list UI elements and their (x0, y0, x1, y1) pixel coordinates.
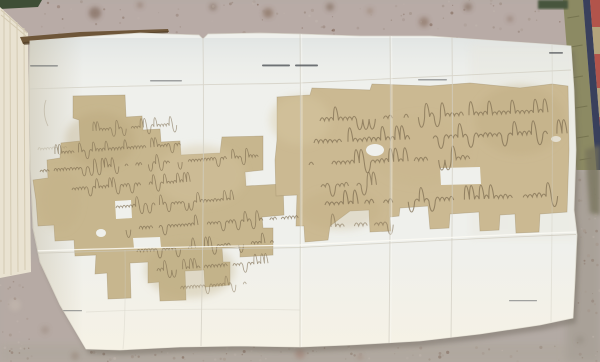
carpet-speckle (57, 5, 60, 8)
carpet-speckle (450, 12, 453, 15)
carpet-speckle (578, 302, 580, 304)
carpet-speckle (475, 24, 477, 26)
carpet-speckle (18, 284, 21, 287)
carpet-speckle (103, 8, 105, 10)
carpet-speckle (528, 18, 531, 21)
carpet-speckle (98, 30, 99, 31)
carpet-speckle (493, 5, 495, 7)
carpet-speckle (307, 352, 309, 354)
carpet-speckle (113, 357, 116, 360)
carpet-speckle (535, 11, 537, 13)
carpet-speckle (370, 14, 372, 16)
carpet-speckle (173, 357, 176, 360)
microprint-header-left (30, 65, 58, 67)
carpet-speckle (594, 303, 596, 305)
carpet-speckle (536, 20, 537, 21)
carpet-speckle (482, 352, 485, 355)
carpet-speckle (262, 19, 263, 20)
carpet-speckle (16, 320, 18, 322)
carpet-speckle (490, 3, 492, 5)
carpet-speckle (80, 0, 83, 3)
carpet-speckle (26, 318, 28, 320)
green-strip-top-right (538, 0, 568, 9)
carpet-speckle (14, 298, 15, 299)
carpet-speckle (412, 354, 414, 356)
carpet-speckle (595, 230, 598, 233)
carpet-speckle (283, 13, 284, 14)
carpet-speckle (234, 353, 237, 356)
carpet-speckle (20, 347, 22, 349)
carpet-speckle (452, 5, 453, 6)
carpet-speckle (578, 199, 581, 202)
carpet-speckle (499, 27, 502, 30)
carpet-speckle (592, 336, 594, 338)
carpet-speckle (226, 353, 227, 354)
photo-of-open-book-with-foldout-plate: Antique volume lying open on a patterned… (0, 0, 600, 362)
carpet-speckle (579, 353, 582, 356)
carpet-speckle (518, 31, 520, 33)
carpet-speckle (180, 26, 181, 27)
carpet-speckle (135, 355, 136, 356)
carpet-speckle (420, 21, 422, 23)
carpet-speckle (442, 354, 444, 356)
carpet-speckle (13, 281, 15, 283)
carpet-speckle (359, 353, 362, 356)
carpet-speckle (539, 346, 542, 349)
carpet-speckle (428, 358, 430, 360)
carpet-speckle (488, 348, 490, 350)
carpet-speckle (584, 260, 586, 262)
carpet-speckle (308, 15, 311, 18)
microprint-caption-left (150, 80, 182, 82)
carpet-speckle (332, 16, 333, 17)
carpet-speckle (302, 27, 304, 29)
carpet-speckle (446, 351, 449, 354)
carpet-speckle (501, 350, 503, 352)
carpet-speckle (7, 288, 9, 290)
carpet-speckle (203, 360, 205, 362)
carpet-speckle (559, 21, 561, 23)
carpet-speckle (193, 353, 194, 354)
carpet-speckle (588, 218, 590, 220)
carpet-speckle (31, 355, 33, 357)
carpet-speckle (584, 263, 586, 265)
carpet-speckle (437, 28, 438, 29)
carpet-speckle (304, 11, 306, 13)
carpet-speckle (581, 200, 583, 202)
carpet-speckle (21, 344, 22, 345)
carpet-speckle (591, 259, 594, 262)
carpet-speckle (24, 348, 26, 350)
carpet-speckle (582, 357, 584, 359)
carpet-speckle (577, 342, 579, 344)
carpet-speckle (178, 8, 180, 10)
carpet-speckle (62, 18, 64, 20)
book-page-block (0, 7, 31, 278)
carpet-speckle (269, 19, 270, 20)
carpet-speckle (276, 13, 278, 15)
carpet-speckle (311, 9, 314, 12)
carpet-speckle (242, 354, 244, 356)
carpet-speckle (18, 341, 20, 343)
carpet-speckle (28, 339, 29, 340)
carpet-speckle (554, 346, 556, 348)
carpet-speckle (176, 14, 179, 17)
carpet-speckle (184, 358, 186, 360)
carpet-speckle (357, 27, 360, 30)
carpet-speckle (223, 358, 226, 361)
carpet-speckle (231, 2, 233, 4)
carpet-speckle (443, 18, 444, 19)
carpet-speckle (109, 358, 112, 361)
carpet-speckle (212, 21, 213, 22)
carpet-speckle (596, 264, 599, 267)
carpet-speckle (119, 22, 121, 24)
carpet-speckle (350, 353, 353, 356)
carpet-speckle (120, 9, 121, 10)
carpet-speckle (592, 236, 594, 238)
carpet-speckle (265, 358, 267, 360)
carpet-speckle (229, 3, 232, 6)
carpet-speckle (131, 355, 134, 358)
carpet-speckle (419, 347, 422, 350)
carpet-speckle (138, 356, 140, 358)
carpet-speckle (591, 300, 594, 303)
carpet-speckle (402, 18, 405, 21)
carpet-speckle (595, 312, 597, 314)
carpet-speckle (406, 357, 409, 360)
carpet-speckle (11, 351, 14, 354)
carpet-speckle (493, 26, 495, 28)
carpet-speckle (596, 243, 599, 246)
carpet-speckle (409, 12, 412, 15)
carpet-speckle (587, 309, 590, 312)
carpet-speckle (250, 360, 251, 361)
carpet-speckle (516, 350, 518, 352)
carpet-speckle (154, 354, 156, 356)
carpet-speckle (368, 358, 370, 360)
carpet-speckle (595, 355, 596, 356)
carpet-speckle (122, 17, 124, 19)
carpet-speckle (19, 352, 21, 354)
carpet-speckle (430, 23, 433, 26)
carpet-speckle (394, 353, 395, 354)
carpet-speckle (28, 348, 29, 349)
carpet-speckle (176, 31, 178, 33)
carpet-speckle (442, 5, 445, 8)
carpet-speckle (493, 10, 495, 12)
carpet-speckle (499, 2, 502, 5)
carpet-speckle (9, 334, 12, 337)
carpet-speckle (395, 5, 397, 7)
carpet-speckle (558, 360, 559, 361)
carpet-speckle (137, 17, 140, 20)
carpet-speckle (257, 4, 259, 6)
carpet-speckle (597, 351, 598, 352)
carpet-speckle (592, 293, 593, 294)
carpet-speckle (41, 26, 43, 28)
carpet-speckle (315, 20, 318, 23)
carpet-speckle (27, 357, 29, 359)
carpet-speckle (220, 358, 222, 360)
carpet-speckle (223, 4, 225, 6)
carpet-speckle (439, 352, 442, 355)
carpet-speckle (4, 347, 7, 350)
carpet-speckle (18, 331, 20, 333)
carpet-speckle (438, 355, 441, 358)
carpet-speckle (95, 23, 97, 25)
microprint-imprint-right (509, 300, 537, 301)
carpet-speckle (345, 358, 346, 359)
carpet-speckle (9, 350, 11, 352)
carpet-speckle (253, 0, 256, 3)
carpet-speckle (594, 218, 596, 220)
carpet-speckle (585, 291, 587, 293)
carpet-speckle (403, 3, 404, 4)
carpet-speckle (321, 26, 323, 28)
carpet-speckle (401, 15, 403, 17)
carpet-speckle (581, 228, 583, 230)
carpet-speckle (262, 10, 265, 13)
carpet-speckle (538, 10, 540, 12)
carpet-speckle (10, 348, 12, 350)
carpet-speckle (158, 12, 159, 13)
carpet-speckle (463, 9, 465, 11)
carpet-speckle (578, 179, 581, 182)
carpet-speckle (259, 359, 262, 362)
carpet-speckle (510, 355, 513, 358)
carpet-speckle (520, 28, 523, 31)
carpet-speckle (391, 20, 392, 21)
carpet-speckle (182, 356, 185, 359)
carpet-speckle (22, 286, 24, 288)
microprint-title-centre-b (295, 65, 318, 67)
carpet-speckle (261, 355, 262, 356)
carpet-speckle (448, 0, 450, 2)
carpet-speckle (47, 2, 49, 4)
microprint-plate-number (549, 52, 563, 54)
carpet-speckle (9, 286, 11, 288)
carpet-speckle (587, 254, 590, 257)
microprint-title-centre-a (262, 65, 290, 67)
carpet-speckle (360, 8, 361, 9)
carpet-speckle (419, 354, 422, 357)
plate-surface: #c7b68e #cbb992 (28, 34, 578, 353)
carpet-speckle (63, 27, 64, 28)
carpet-speckle (583, 229, 586, 232)
carpet-speckle (560, 14, 561, 15)
carpet-speckle (278, 24, 279, 25)
carpet-speckle (403, 14, 405, 16)
microprint-imprint-left (62, 310, 82, 311)
carpet-speckle (44, 13, 46, 15)
carpet-speckle (70, 8, 72, 10)
carpet-speckle (8, 303, 10, 305)
carpet-speckle (212, 5, 215, 8)
carpet-speckle (332, 29, 335, 32)
carpet-speckle (592, 298, 593, 299)
carpet-speckle (322, 25, 325, 28)
carpet-speckle (464, 23, 467, 26)
carpet-speckle (383, 28, 385, 30)
microprint-caption-right (418, 79, 447, 81)
carpet-speckle (2, 332, 3, 333)
carpet-speckle (475, 346, 478, 349)
carpet-speckle (580, 236, 582, 238)
carpet-speckle (353, 354, 355, 356)
carpet-speckle (214, 358, 216, 360)
